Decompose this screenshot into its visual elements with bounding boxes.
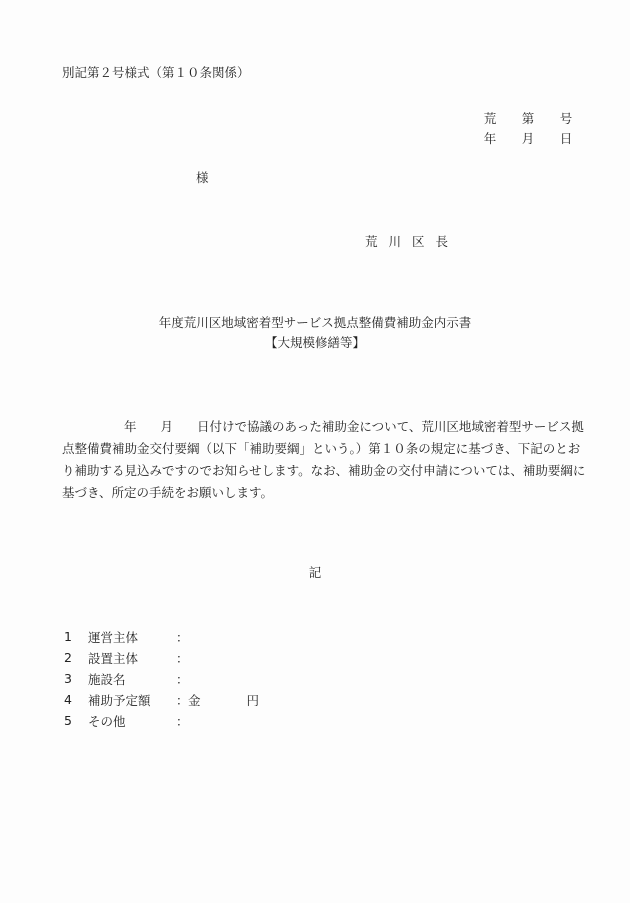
date-year: 年	[483, 129, 497, 147]
document-title: 年度荒川区地域密着型サービス拠点整備費補助金内示書	[0, 317, 630, 330]
item-number: 4	[64, 692, 88, 707]
body-date-month: 月	[161, 419, 174, 434]
body-paragraph: 年月日付けで協議のあった補助金について、荒川区地域密着型サービス拠 点整備費補助…	[62, 416, 572, 504]
item-number: 1	[64, 629, 88, 644]
list-item: 4 補助予定額 ： 金 円	[64, 689, 259, 710]
list-item: 1 運営主体 ：	[64, 626, 259, 647]
list-item: 5 その他 ：	[64, 710, 259, 731]
body-line-4: 基づき、所定の手続をお願いします。	[62, 482, 572, 504]
item-colon: ：	[176, 712, 188, 730]
body-line-2: 点整備費補助金交付要綱（以下「補助要綱」という。）第１０条の規定に基づき、下記の…	[62, 438, 572, 460]
body-line-1: 年月日付けで協議のあった補助金について、荒川区地域密着型サービス拠	[62, 416, 572, 438]
ref-go: 号	[559, 109, 573, 127]
item-value: 金	[188, 691, 201, 709]
item-label: 補助予定額	[88, 691, 176, 709]
item-colon: ：	[176, 628, 188, 646]
list-item: 2 設置主体 ：	[64, 647, 259, 668]
sender-char: 荒	[365, 236, 378, 249]
sender-char: 川	[389, 236, 402, 249]
ki-heading: 記	[0, 567, 630, 580]
issue-date: 年 月 日	[483, 129, 573, 147]
item-list: 1 運営主体 ： 2 設置主体 ： 3 施設名 ： 4 補助予定額 ： 金 円 …	[64, 626, 259, 731]
date-day: 日	[559, 129, 573, 147]
reference-number: 荒 第 号	[483, 109, 573, 127]
date-month: 月	[521, 129, 535, 147]
addressee: 様	[196, 172, 209, 185]
list-item: 3 施設名 ：	[64, 668, 259, 689]
item-unit: 円	[247, 691, 260, 709]
item-colon: ：	[176, 670, 188, 688]
item-number: 3	[64, 671, 88, 686]
item-label: 施設名	[88, 670, 176, 688]
ref-prefix: 荒	[483, 109, 497, 127]
body-date-year: 年	[124, 419, 137, 434]
item-label: 設置主体	[88, 649, 176, 667]
item-label: その他	[88, 712, 176, 730]
sender: 荒川区長	[365, 236, 459, 249]
body-line-1-text: 日付けで協議のあった補助金について、荒川区地域密着型サービス拠	[197, 419, 584, 434]
body-line-3: り補助する見込みですのでお知らせします。なお、補助金の交付申請については、補助要…	[62, 460, 572, 482]
item-number: 5	[64, 713, 88, 728]
document-subtitle: 【大規模修繕等】	[0, 337, 630, 350]
sender-char: 区	[412, 236, 425, 249]
item-colon: ：	[176, 691, 188, 709]
item-label: 運営主体	[88, 628, 176, 646]
sender-char: 長	[436, 236, 449, 249]
item-colon: ：	[176, 649, 188, 667]
ref-dai: 第	[521, 109, 535, 127]
item-number: 2	[64, 650, 88, 665]
form-label: 別記第２号様式（第１０条関係）	[62, 67, 250, 80]
